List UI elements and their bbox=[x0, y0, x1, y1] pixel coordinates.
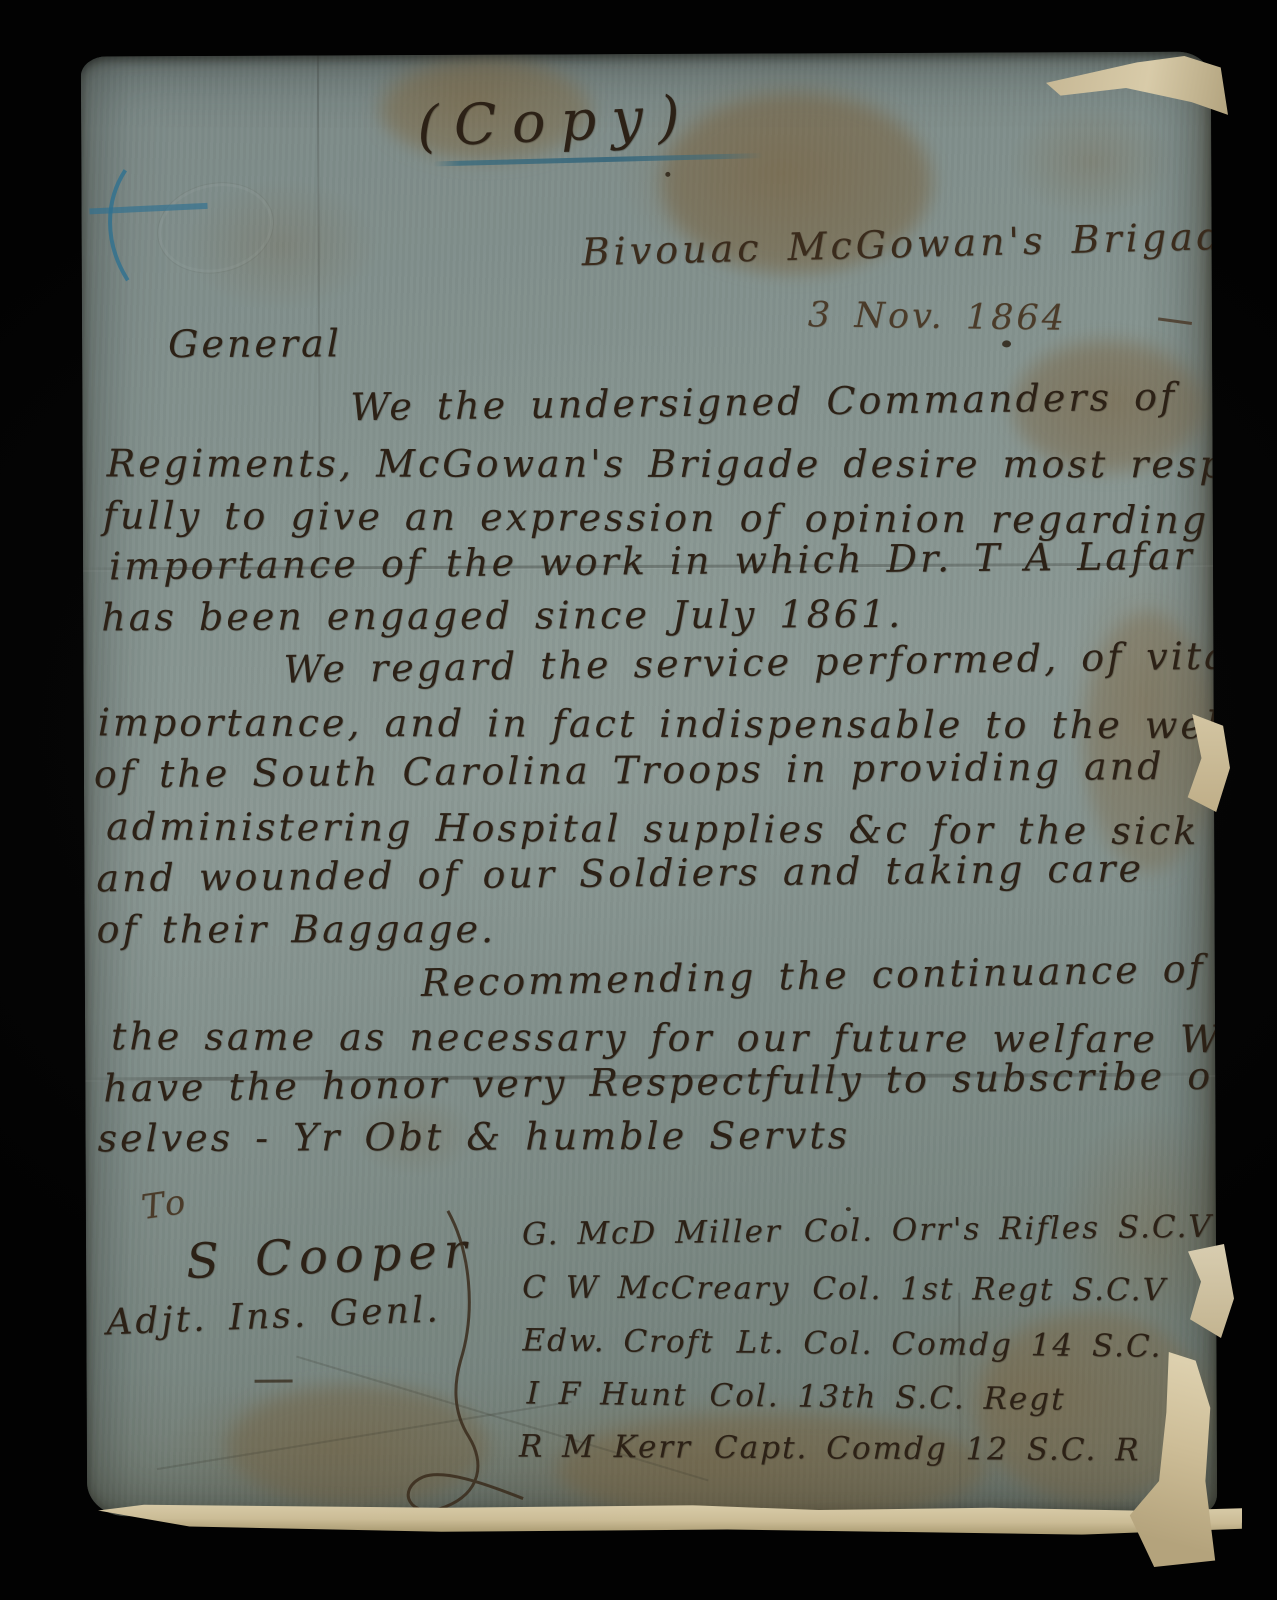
body-line: We regard the service performed, of vita… bbox=[283, 633, 1217, 691]
signature-rank: Col. 13th S.C. Regt bbox=[709, 1378, 1065, 1418]
heading-date: 3 Nov. 1864 bbox=[808, 295, 1068, 338]
photo-background: (Copy) Bivouac McGowan's Brigade 3 Nov. … bbox=[0, 0, 1277, 1600]
signature-row: C W McCrearyCol. 1st Regt S.C.V bbox=[522, 1270, 1167, 1309]
body-line: of their Baggage. bbox=[97, 907, 496, 951]
body-line: administering Hospital supplies &c for t… bbox=[106, 804, 1199, 853]
closing-dash bbox=[255, 1380, 293, 1383]
signature-rank: Lt. Col. Comdg 14 S.C. bbox=[736, 1325, 1162, 1365]
signature-name: I F Hunt bbox=[526, 1376, 687, 1414]
salutation: General bbox=[168, 321, 342, 366]
signature-rank: Col. Orr's Rifles S.C.V bbox=[804, 1209, 1213, 1250]
body-line: the same as necessary for our future wel… bbox=[111, 1014, 1217, 1061]
body-line: has been engaged since July 1861. bbox=[101, 592, 903, 639]
body-line: importance, and in fact indispensable to… bbox=[98, 700, 1218, 747]
body-line: Regiments, McGowan's Brigade desire most… bbox=[107, 441, 1218, 486]
copy-mark: (Copy) bbox=[416, 84, 696, 160]
closing-to-label: To bbox=[139, 1182, 191, 1228]
body-line: have the honor very Respectfully to subs… bbox=[103, 1053, 1217, 1110]
signature-rank: Col. 1st Regt S.C.V bbox=[812, 1271, 1167, 1309]
blue-pencil-mark bbox=[83, 156, 224, 297]
ink-speck bbox=[665, 172, 670, 177]
signature-name: Edw. Croft bbox=[522, 1323, 715, 1361]
ink-speck bbox=[846, 1207, 851, 1211]
signature-name: R M Kerr bbox=[519, 1429, 692, 1466]
body-line: Recommending the continuance of bbox=[420, 947, 1206, 1005]
signature-row: I F HuntCol. 13th S.C. Regt bbox=[526, 1376, 1065, 1418]
signature-row: G. McD MillerCol. Orr's Rifles S.C.V bbox=[522, 1209, 1213, 1253]
signature-row: R M KerrCapt. Comdg 12 S.C. R bbox=[519, 1429, 1141, 1469]
letter-page: (Copy) Bivouac McGowan's Brigade 3 Nov. … bbox=[81, 52, 1217, 1517]
body-line: and wounded of our Soldiers and taking c… bbox=[96, 846, 1144, 900]
ink-speck bbox=[1002, 340, 1011, 347]
body-line: selves - Yr Obt & humble Servts bbox=[97, 1113, 850, 1160]
signature-rank: Capt. Comdg 12 S.C. R bbox=[714, 1430, 1141, 1469]
signature-name: G. McD Miller bbox=[522, 1214, 782, 1253]
body-line: importance of the work in which Dr. T A … bbox=[109, 534, 1195, 588]
body-line: of the South Carolina Troops in providin… bbox=[94, 744, 1165, 796]
date-flourish-dash bbox=[1158, 317, 1192, 325]
signature-name: C W McCreary bbox=[522, 1270, 790, 1307]
signature-row: Edw. CroftLt. Col. Comdg 14 S.C. bbox=[522, 1323, 1162, 1365]
